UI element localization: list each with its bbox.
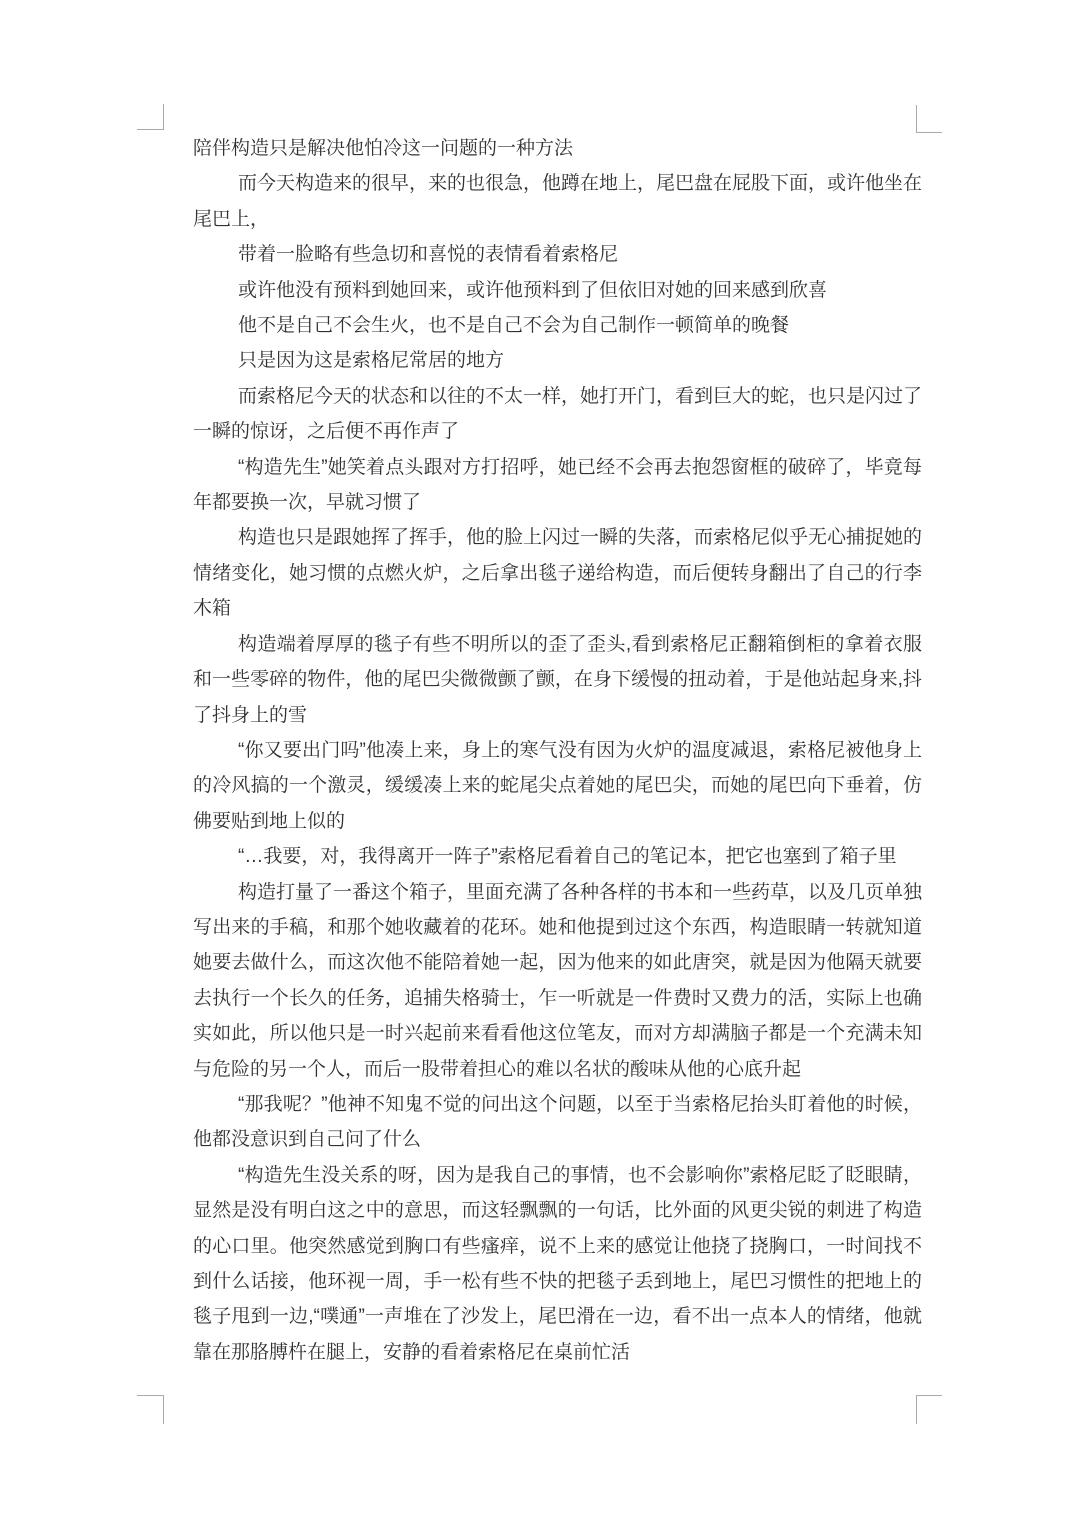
paragraph: 构造也只是跟她挥了挥手，他的脸上闪过一瞬的失落，而索格尼似乎无心捕捉她的情绪变化… xyxy=(193,520,922,626)
paragraph: “…我要，对，我得离开一阵子”索格尼看着自己的笔记本，把它也塞到了箱子里 xyxy=(193,839,922,874)
paragraph: 带着一脸略有些急切和喜悦的表情看着索格尼 xyxy=(193,237,922,272)
paragraph: 构造端着厚厚的毯子有些不明所以的歪了歪头,看到索格尼正翻箱倒柜的拿着衣服和一些零… xyxy=(193,627,922,733)
paragraph: 而今天构造来的很早，来的也很急，他蹲在地上，尾巴盘在屁股下面，或许他坐在尾巴上， xyxy=(193,166,922,237)
crop-mark-top-left xyxy=(137,104,164,130)
document-page: 陪伴构造只是解决他怕冷这一问题的一种方法而今天构造来的很早，来的也很急，他蹲在地… xyxy=(0,0,1079,1522)
crop-mark-bottom-left xyxy=(137,1395,164,1424)
paragraph: 构造打量了一番这个箱子，里面充满了各种各样的书本和一些药草，以及几页单独写出来的… xyxy=(193,875,922,1087)
paragraph: 而索格尼今天的状态和以往的不太一样，她打开门，看到巨大的蛇，也只是闪过了一瞬的惊… xyxy=(193,379,922,450)
document-body: 陪伴构造只是解决他怕冷这一问题的一种方法而今天构造来的很早，来的也很急，他蹲在地… xyxy=(193,131,922,1370)
paragraph: “你又要出门吗”他凑上来，身上的寒气没有因为火炉的温度减退，索格尼被他身上的冷风… xyxy=(193,733,922,839)
crop-mark-bottom-right xyxy=(916,1395,942,1424)
paragraph: 陪伴构造只是解决他怕冷这一问题的一种方法 xyxy=(193,131,922,166)
paragraph: 或许他没有预料到她回来，或许他预料到了但依旧对她的回来感到欣喜 xyxy=(193,273,922,308)
paragraph: 他不是自己不会生火，也不是自己不会为自己制作一顿简单的晚餐 xyxy=(193,308,922,343)
paragraph: “构造先生”她笑着点头跟对方打招呼，她已经不会再去抱怨窗框的破碎了，毕竟每年都要… xyxy=(193,450,922,521)
paragraph: 只是因为这是索格尼常居的地方 xyxy=(193,343,922,378)
paragraph: “构造先生没关系的呀，因为是我自己的事情，也不会影响你”索格尼眨了眨眼睛，显然是… xyxy=(193,1158,922,1370)
crop-mark-top-right xyxy=(916,105,942,133)
paragraph: “那我呢？”他神不知鬼不觉的问出这个问题，以至于当索格尼抬头盯着他的时候，他都没… xyxy=(193,1087,922,1158)
